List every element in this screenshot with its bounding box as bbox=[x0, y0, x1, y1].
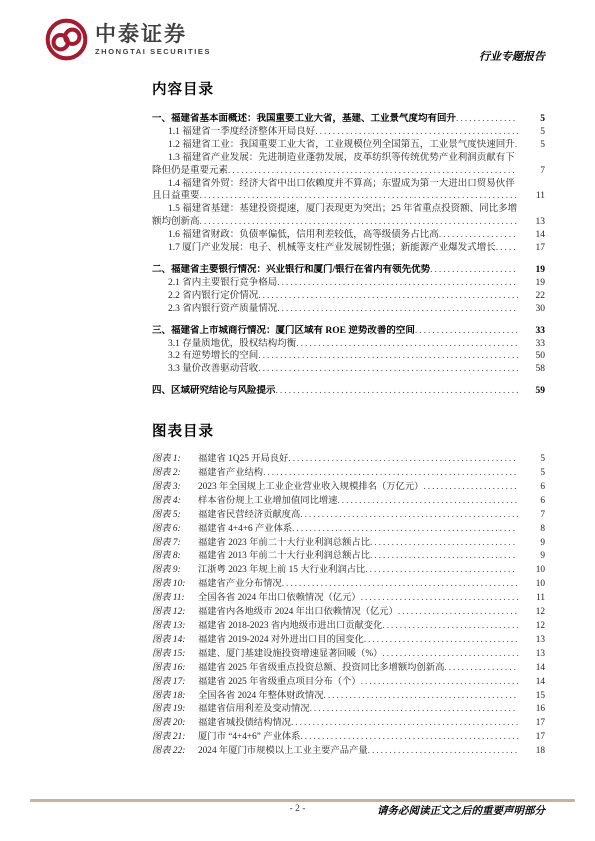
dot-leader: ........................................… bbox=[337, 496, 519, 506]
dot-leader: .................... bbox=[430, 265, 518, 275]
figure-entry-label: 福建省 1Q25 开局良好 bbox=[198, 454, 288, 464]
dot-leader: ........................ bbox=[415, 326, 520, 336]
entry-page-number: 9 bbox=[521, 537, 545, 551]
dot-leader: ........................................… bbox=[258, 364, 521, 374]
dot-leader: ........................................… bbox=[276, 386, 521, 396]
dot-leader: ........................................… bbox=[291, 718, 520, 728]
toc-title: 内容目录 bbox=[152, 78, 545, 99]
toc-entry[interactable]: 一、福建省基本面概述：我国重要工业大省，基建、工业景气度均有回升........… bbox=[152, 113, 545, 126]
figure-entry[interactable]: 图表 21:厦门市 “4+4+6” 产业体系..................… bbox=[152, 731, 545, 745]
figure-entry-label: 福建省 2019-2024 对外进出口目的国变化 bbox=[198, 635, 364, 645]
figure-entry-number: 图表 6: bbox=[152, 523, 198, 537]
figure-entry-label: 福建省 2025 年省级重点项目分布（个） bbox=[198, 677, 361, 687]
dot-leader: .................................. bbox=[370, 551, 517, 561]
entry-page-number: 14 bbox=[521, 676, 545, 690]
toc-entry-label: 3.3 量价改善驱动营收 bbox=[168, 364, 258, 374]
figure-entry-number: 图表 5: bbox=[152, 509, 198, 523]
entry-page-number: 33 bbox=[521, 338, 545, 351]
dot-leader: . bbox=[515, 140, 519, 150]
dot-leader: ........................................… bbox=[300, 510, 521, 520]
dot-leader: ........................................… bbox=[282, 579, 520, 589]
dot-leader: ................................... bbox=[365, 565, 516, 575]
figure-entry-number: 图表 7: bbox=[152, 537, 198, 551]
toc-entry-label: 三、福建省上市城商行情况：厦门区域有 ROE 逆势改善的空间 bbox=[152, 326, 415, 336]
toc-entry[interactable]: 1.5 福建省基建：基建投资提速，厦门表现更为突出；25 年省重点投资额、同比多… bbox=[152, 203, 545, 229]
entry-page-number: 18 bbox=[521, 745, 545, 759]
figure-entry-number: 图表 12: bbox=[152, 606, 198, 620]
entry-page-number: 10 bbox=[521, 564, 545, 578]
entry-page-number: 11 bbox=[521, 592, 545, 606]
figure-entry-label: 福建省 2013 年前二十大行业利润总额占比 bbox=[198, 551, 370, 561]
entry-page-number: 13 bbox=[521, 216, 545, 229]
figure-entry[interactable]: 图表 19:福建省信用利差及变动情况......................… bbox=[152, 703, 545, 717]
entry-page-number: 14 bbox=[521, 229, 545, 242]
entry-page-number: 50 bbox=[521, 350, 545, 363]
entry-page-number: 12 bbox=[521, 620, 545, 634]
entry-page-number: 12 bbox=[521, 606, 545, 620]
dot-leader: ................. bbox=[444, 663, 518, 673]
figure-entry[interactable]: 图表 22:2024 年厦门市规模以上工业主要产品产量.............… bbox=[152, 745, 545, 759]
toc-entry-label: 2.3 省内银行资产质量情况 bbox=[168, 304, 277, 314]
entry-page-number: 19 bbox=[521, 277, 545, 290]
entry-page-number: 59 bbox=[521, 385, 545, 398]
dot-leader: .............. bbox=[456, 114, 517, 124]
toc-entry[interactable]: 2.2 省内银行定价情况............................… bbox=[152, 290, 545, 303]
figure-entry[interactable]: 图表 6:福建省 4+4+6 产业体系.....................… bbox=[152, 523, 545, 537]
entry-page-number: 10 bbox=[521, 578, 545, 592]
dot-leader: .................. bbox=[439, 230, 518, 240]
toc-entry[interactable]: 1.6 福建省财政：负债率偏低，信用利差较低，高等级债务占比高.........… bbox=[152, 229, 545, 242]
footer-divider bbox=[30, 799, 575, 802]
figure-entry-number: 图表 14: bbox=[152, 634, 198, 648]
figure-entry-number: 图表 1: bbox=[152, 453, 198, 467]
dot-leader: ..................................... bbox=[361, 677, 521, 687]
entry-page-number: 8 bbox=[521, 523, 545, 537]
figure-entry[interactable]: 图表 11:全国各省 2024 年出口依赖情况（亿元）.............… bbox=[152, 592, 545, 606]
toc-entry[interactable]: 1.2 福建省工业：我国重要工业大省，工业规模位列全国第五，工业景气度快速回升.… bbox=[152, 139, 545, 152]
figure-entry-label: 福建省 2025 年省级重点投资总额、投资同比多增额均创新高 bbox=[198, 663, 444, 673]
figure-entry-label: 福建省 2023 年前二十大行业利润总额占比 bbox=[198, 538, 370, 548]
entry-page-number: 5 bbox=[521, 453, 545, 467]
figure-entry[interactable]: 图表 10:福建省产业分布情况.........................… bbox=[152, 578, 545, 592]
brand-name-cn: 中泰证券 bbox=[95, 23, 211, 47]
figure-entry-label: 福建省 2018-2023 省内地级市进出口贡献变化 bbox=[198, 621, 382, 631]
figure-entry-number: 图表 10: bbox=[152, 578, 198, 592]
figure-entry-label: 福建省民营经济贡献度高 bbox=[198, 510, 300, 520]
entry-page-number: 5 bbox=[521, 467, 545, 481]
entry-page-number: 6 bbox=[521, 495, 545, 509]
figure-entry[interactable]: 图表 17:福建省 2025 年省级重点项目分布（个）.............… bbox=[152, 676, 545, 690]
dot-leader: ........................................… bbox=[258, 351, 521, 361]
entry-page-number: 58 bbox=[521, 363, 545, 376]
toc-entry[interactable]: 二、福建省主要银行情况：兴业银行和厦门/银行在省内有领先优势..........… bbox=[152, 264, 545, 277]
entry-page-number: 6 bbox=[521, 481, 545, 495]
figure-entry-number: 图表 22: bbox=[152, 745, 198, 759]
figure-entry-number: 图表 2: bbox=[152, 467, 198, 481]
toc-entry[interactable]: 1.4 福建省外贸：经济大省中出口依赖度并不算高；东盟成为第一大进出口贸易伙伴且… bbox=[152, 178, 545, 204]
dot-leader: ........................................… bbox=[300, 732, 521, 742]
figure-entry[interactable]: 图表 3:2023 年全国规上工业企业营业收入规模排名（万亿元）........… bbox=[152, 481, 545, 495]
figure-entry-number: 图表 13: bbox=[152, 620, 198, 634]
figure-entry[interactable]: 图表 8:福建省 2013 年前二十大行业利润总额占比.............… bbox=[152, 550, 545, 564]
dot-leader: ........................................… bbox=[263, 468, 518, 478]
entry-page-number: 17 bbox=[521, 242, 545, 255]
figure-entry-number: 图表 21: bbox=[152, 731, 198, 745]
figures-list: 图表 1:福建省 1Q25 开局良好......................… bbox=[152, 453, 545, 759]
toc-entry-label: 四、区域研究结论与风险提示 bbox=[152, 386, 276, 396]
toc-entry-label: 2.2 省内银行定价情况 bbox=[168, 291, 258, 301]
toc-entry[interactable]: 三、福建省上市城商行情况：厦门区域有 ROE 逆势改善的空间..........… bbox=[152, 325, 545, 338]
entry-page-number: 7 bbox=[521, 509, 545, 523]
figure-entry-label: 2023 年全国规上工业企业营业收入规模排名（万亿元） bbox=[198, 482, 423, 492]
figure-entry[interactable]: 图表 16:福建省 2025 年省级重点投资总额、投资同比多增额均创新高....… bbox=[152, 662, 545, 676]
figure-entry-number: 图表 3: bbox=[152, 481, 198, 495]
toc-entry-label: 1.1 福建省一季度经济整体开局良好 bbox=[168, 127, 315, 137]
dot-leader: ...................... bbox=[423, 482, 518, 492]
figure-entry[interactable]: 图表 20:福建省城投债结构情况........................… bbox=[152, 717, 545, 731]
figure-entry-label: 福建、厦门基建设施投资增速显著回暖（%） bbox=[198, 649, 382, 659]
figure-entry-number: 图表 8: bbox=[152, 550, 198, 564]
figure-entry[interactable]: 图表 15:福建、厦门基建设施投资增速显著回暖（%）..............… bbox=[152, 648, 545, 662]
figure-entry-label: 全国各省 2024 年出口依赖情况（亿元） bbox=[198, 593, 361, 603]
figure-entry[interactable]: 图表 5:福建省民营经济贡献度高........................… bbox=[152, 509, 545, 523]
dot-leader: .................................... bbox=[364, 635, 520, 645]
entry-page-number: 19 bbox=[521, 264, 545, 277]
figure-entry-label: 福建省 4+4+6 产业体系 bbox=[198, 524, 292, 534]
dot-leader: ........................................… bbox=[310, 704, 518, 714]
dot-leader: ........................................… bbox=[324, 691, 519, 701]
logo-text: 中泰证券 ZHONGTAI SECURITIES bbox=[95, 23, 211, 57]
entry-page-number: 30 bbox=[521, 303, 545, 316]
figure-entry-label: 2024 年厦门市规模以上工业主要产品产量 bbox=[198, 746, 368, 756]
dot-leader: ........................................… bbox=[258, 291, 521, 301]
figure-entry-number: 图表 20: bbox=[152, 717, 198, 731]
figure-entry[interactable]: 图表 4:样本省份规上工业增加值同比增速....................… bbox=[152, 495, 545, 509]
entry-page-number: 11 bbox=[521, 190, 545, 203]
entry-page-number: 13 bbox=[521, 634, 545, 648]
entry-page-number: 9 bbox=[521, 550, 545, 564]
entry-page-number: 16 bbox=[521, 703, 545, 717]
entry-page-number: 17 bbox=[521, 717, 545, 731]
dot-leader: ............................ bbox=[398, 607, 519, 617]
toc-entry-label: 1.7 厦门产业发展：电子、机械等支柱产业发展韧性强；新能源产业爆发式增长 bbox=[168, 243, 496, 253]
dot-leader: ........................................… bbox=[200, 217, 519, 227]
toc-entry[interactable]: 1.7 厦门产业发展：电子、机械等支柱产业发展韧性强；新能源产业爆发式增长...… bbox=[152, 242, 545, 255]
table-of-contents: 内容目录 一、福建省基本面概述：我国重要工业大省，基建、工业景气度均有回升...… bbox=[152, 78, 545, 759]
figure-entry-number: 图表 11: bbox=[152, 592, 198, 606]
figure-entry-number: 图表 18: bbox=[152, 690, 198, 704]
entry-page-number: 7 bbox=[521, 165, 545, 178]
report-page: 中泰证券 ZHONGTAI SECURITIES 行业专题报告 内容目录 一、福… bbox=[0, 0, 595, 841]
entry-page-number: 22 bbox=[521, 290, 545, 303]
dot-leader: ........................................… bbox=[277, 304, 518, 314]
figure-entry-label: 全国各省 2024 年整体财政情况 bbox=[198, 691, 324, 701]
figure-entry-label: 福建省城投债结构情况 bbox=[198, 718, 291, 728]
entry-page-number: 17 bbox=[521, 731, 545, 745]
dot-leader: ........................................… bbox=[200, 191, 519, 201]
dot-leader: ................................... bbox=[368, 746, 519, 756]
zhongtai-logo: 中泰证券 ZHONGTAI SECURITIES bbox=[45, 18, 545, 61]
figure-entry-label: 样本省份规上工业增加值同比增速 bbox=[198, 496, 337, 506]
figure-entry[interactable]: 图表 9:江浙粤 2023 年规上前 15 大行业利润占比...........… bbox=[152, 564, 545, 578]
figure-entry-number: 图表 15: bbox=[152, 648, 198, 662]
entry-page-number: 15 bbox=[521, 690, 545, 704]
entry-page-number: 5 bbox=[521, 139, 545, 152]
entry-page-number: 5 bbox=[521, 113, 545, 126]
footer-disclaimer: 请务必阅读正文之后的重要声明部分 bbox=[377, 803, 545, 818]
figure-entry-label: 江浙粤 2023 年规上前 15 大行业利润占比 bbox=[198, 565, 365, 575]
toc-list: 一、福建省基本面概述：我国重要工业大省，基建、工业景气度均有回升........… bbox=[152, 113, 545, 398]
figure-entry-number: 图表 9: bbox=[152, 564, 198, 578]
toc-entry-label: 一、福建省基本面概述：我国重要工业大省，基建、工业景气度均有回升 bbox=[152, 114, 456, 124]
figure-entry[interactable]: 图表 18:全国各省 2024 年整体财政情况.................… bbox=[152, 690, 545, 704]
figure-entry[interactable]: 图表 1:福建省 1Q25 开局良好......................… bbox=[152, 453, 545, 467]
report-type-label: 行业专题报告 bbox=[479, 48, 545, 64]
toc-entry[interactable]: 1.3 福建省产业发展：先进制造业蓬勃发展，皮革纺织等传统优势产业利润贡献有下降… bbox=[152, 152, 545, 178]
entry-page-number: 33 bbox=[521, 325, 545, 338]
dot-leader: .................................. bbox=[370, 538, 517, 548]
toc-entry-label: 3.1 存量质地优，股权结构均衡 bbox=[168, 339, 296, 349]
figure-entry-label: 福建省内各地级市 2024 年出口依赖情况（亿元） bbox=[198, 607, 398, 617]
dot-leader: ..................................... bbox=[361, 593, 521, 603]
figure-entry-number: 图表 4: bbox=[152, 495, 198, 509]
dot-leader: ........................................… bbox=[292, 524, 517, 534]
dot-leader: ................................ bbox=[382, 621, 520, 631]
toc-entry-label: 3.2 有逆势增长的空间 bbox=[168, 351, 258, 361]
brand-name-en: ZHONGTAI SECURITIES bbox=[95, 47, 211, 57]
toc-entry[interactable]: 3.2 有逆势增长的空间............................… bbox=[152, 350, 545, 363]
dot-leader: ................................ bbox=[382, 649, 520, 659]
toc-entry-label: 1.6 福建省财政：负债率偏低，信用利差较低，高等级债务占比高 bbox=[168, 230, 439, 240]
dot-leader: ........................................… bbox=[315, 127, 521, 137]
entry-page-number: 5 bbox=[521, 126, 545, 139]
toc-entry[interactable]: 1.1 福建省一季度经济整体开局良好......................… bbox=[152, 126, 545, 139]
figure-entry-label: 福建省产业分布情况 bbox=[198, 579, 282, 589]
toc-entry[interactable]: 3.1 存量质地优，股权结构均衡........................… bbox=[152, 338, 545, 351]
entry-page-number: 13 bbox=[521, 648, 545, 662]
entry-page-number: 14 bbox=[521, 662, 545, 676]
page-header: 中泰证券 ZHONGTAI SECURITIES 行业专题报告 bbox=[45, 18, 545, 66]
toc-entry-label: 1.2 福建省工业：我国重要工业大省，工业规模位列全国第五，工业景气度快速回升 bbox=[168, 140, 515, 150]
dot-leader: ........................................… bbox=[288, 454, 517, 464]
figure-entry-label: 福建省信用利差及变动情况 bbox=[198, 704, 310, 714]
toc-entry[interactable]: 2.3 省内银行资产质量情况..........................… bbox=[152, 303, 545, 316]
dot-leader: ........................................… bbox=[277, 278, 518, 288]
figure-entry[interactable]: 图表 14:福建省 2019-2024 对外进出口目的国变化..........… bbox=[152, 634, 545, 648]
toc-entry[interactable]: 2.1 省内主要银行竞争格局..........................… bbox=[152, 277, 545, 290]
toc-entry-label: 二、福建省主要银行情况：兴业银行和厦门/银行在省内有领先优势 bbox=[152, 265, 430, 275]
dot-leader: ........................................… bbox=[296, 339, 519, 349]
toc-entry[interactable]: 3.3 量价改善驱动营收............................… bbox=[152, 363, 545, 376]
figure-entry-label: 厦门市 “4+4+6” 产业体系 bbox=[198, 732, 300, 742]
toc-entry-label: 2.1 省内主要银行竞争格局 bbox=[168, 278, 277, 288]
dot-leader: ........................................… bbox=[228, 166, 517, 176]
toc-entry[interactable]: 四、区域研究结论与风险提示...........................… bbox=[152, 385, 545, 398]
dot-leader: ..... bbox=[496, 243, 518, 253]
figure-entry[interactable]: 图表 13:福建省 2018-2023 省内地级市进出口贡献变化........… bbox=[152, 620, 545, 634]
figure-entry-number: 图表 19: bbox=[152, 703, 198, 717]
figure-entry-number: 图表 16: bbox=[152, 662, 198, 676]
zhongtai-logo-icon bbox=[45, 18, 88, 61]
figures-title: 图表目录 bbox=[152, 420, 545, 441]
figure-entry[interactable]: 图表 12:福建省内各地级市 2024 年出口依赖情况（亿元）.........… bbox=[152, 606, 545, 620]
figure-entry-label: 福建省产业结构 bbox=[198, 468, 263, 478]
figure-entry[interactable]: 图表 7:福建省 2023 年前二十大行业利润总额占比.............… bbox=[152, 537, 545, 551]
figure-entry-number: 图表 17: bbox=[152, 676, 198, 690]
figure-entry[interactable]: 图表 2:福建省产业结构............................… bbox=[152, 467, 545, 481]
